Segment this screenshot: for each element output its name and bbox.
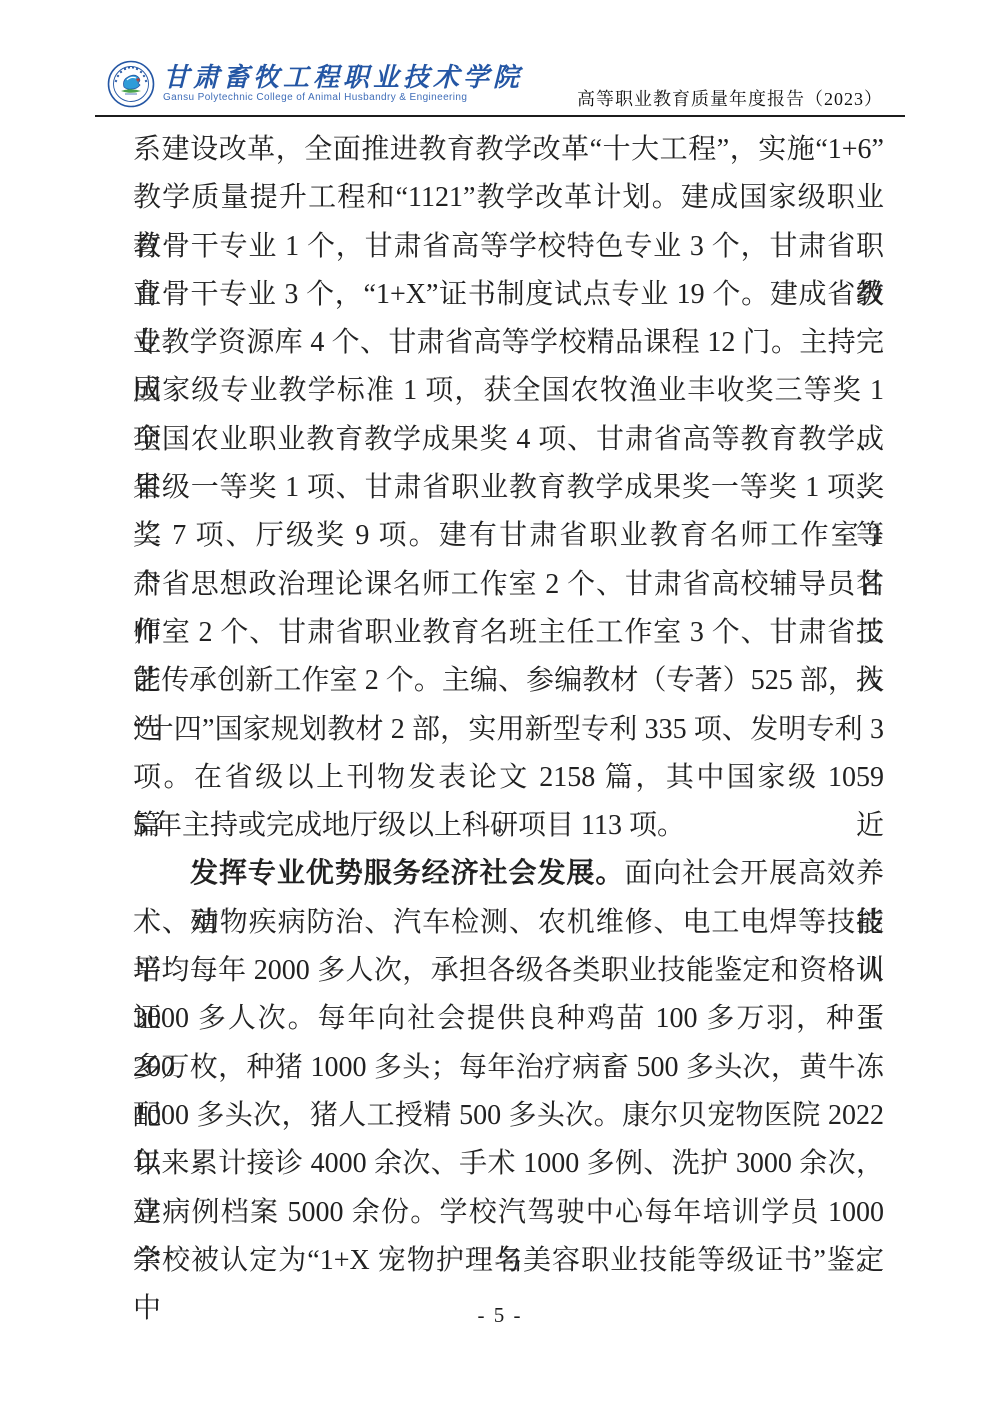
text-line: 能传承创新工作室 2 个。主编、参编教材（专著）525 部，入选 <box>133 657 884 705</box>
school-logo-emblem-icon <box>107 60 155 108</box>
page-footer: - 5 - <box>0 1303 1000 1328</box>
text-line-content: 5 年主持或完成地厅级以上科研项目 113 项。 <box>133 810 685 841</box>
text-line: 作室 2 个、甘肃省职业教育名班主任工作室 3 个、甘肃省技艺技 <box>133 609 884 657</box>
text-line: 育骨干专业 1 个，甘肃省高等学校特色专业 3 个，甘肃省职业教 <box>133 223 884 271</box>
text-line: 教学质量提升工程和“1121”教学改革计划。建成国家级职业教 <box>133 174 884 222</box>
text-line: 学校被认定为“1+X 宠物护理与美容职业技能等级证书”鉴定中 <box>133 1237 884 1285</box>
text-line: 立病例档案 5000 余份。学校汽驾驶中心每年培训学员 1000 余名。 <box>133 1189 884 1237</box>
text-line: 肃省思想政治理论课名师工作室 2 个、甘肃省高校辅导员名师工 <box>133 561 884 609</box>
text-line: 术、动物疾病防治、汽车检测、农机维修、电工电焊等技能培训 <box>133 899 884 947</box>
school-name-chinese: 甘肃畜牧工程职业技术学院 <box>163 64 523 92</box>
page-number: - 5 - <box>478 1303 523 1327</box>
text-line: 国家级专业教学标准 1 项，获全国农牧渔业丰收奖三等奖 1 项、 <box>133 367 884 415</box>
text-line: 项。在省级以上刊物发表论文 2158 篇，其中国家级 1059 篇。近 <box>133 754 884 802</box>
text-line: 业教学资源库 4 个、甘肃省高等学校精品课程 12 门。主持完成 <box>133 319 884 367</box>
text-line: 3000 多人次。每年向社会提供良种鸡苗 100 多万羽，种蛋 200 <box>133 995 884 1043</box>
text-line: 发挥专业优势服务经济社会发展。面向社会开展高效养殖技 <box>133 850 884 898</box>
text-line: 育骨干专业 3 个，“1+X”证书制度试点专业 19 个。建成省级专 <box>133 271 884 319</box>
school-name-english: Gansu Polytechnic College of Animal Husb… <box>163 92 523 104</box>
text-line: 省级一等奖 1 项、甘肃省职业教育教学成果奖一等奖 1 项、二等 <box>133 464 884 512</box>
paragraph-heading: 发挥专业优势服务经济社会发展。 <box>190 858 624 889</box>
text-line: 1000 多头次，猪人工授精 500 多头次。康尔贝宠物医院 2022 年 <box>133 1092 884 1140</box>
document-body: 系建设改革，全面推进教育教学改革“十大工程”，实施“1+6”教学质量提升工程和“… <box>133 126 884 1285</box>
text-line: 多万枚，种猪 1000 多头；每年治疗病畜 500 多头次，黄牛冻配 <box>133 1044 884 1092</box>
text-line: 全国农业职业教育教学成果奖 4 项、甘肃省高等教育教学成果奖 <box>133 416 884 464</box>
text-line: 平均每年 2000 多人次，承担各级各类职业技能鉴定和资格认证 <box>133 947 884 995</box>
school-logo-text: 甘肃畜牧工程职业技术学院 Gansu Polytechnic College o… <box>163 64 523 104</box>
text-line: 奖 7 项、厅级奖 9 项。建有甘肃省职业教育名师工作室 1 个、甘 <box>133 512 884 560</box>
text-line: 以来累计接诊 4000 余次、手术 1000 多例、洗护 3000 余次，建 <box>133 1140 884 1188</box>
text-line-content: 系建设改革，全面推进教育教学改革“十大工程”，实施“1+6” <box>133 134 884 165</box>
text-line-content: “十四”国家规划教材 2 部，实用新型专利 335 项、发明专利 3 <box>133 714 884 745</box>
report-title: 高等职业教育质量年度报告（2023） <box>577 85 883 111</box>
text-line: “十四”国家规划教材 2 部，实用新型专利 335 项、发明专利 3 <box>133 706 884 754</box>
school-logo: 甘肃畜牧工程职业技术学院 Gansu Polytechnic College o… <box>107 60 523 108</box>
page-header: 甘肃畜牧工程职业技术学院 Gansu Polytechnic College o… <box>95 56 905 118</box>
text-line: 系建设改革，全面推进教育教学改革“十大工程”，实施“1+6” <box>133 126 884 174</box>
header-divider <box>95 115 905 117</box>
